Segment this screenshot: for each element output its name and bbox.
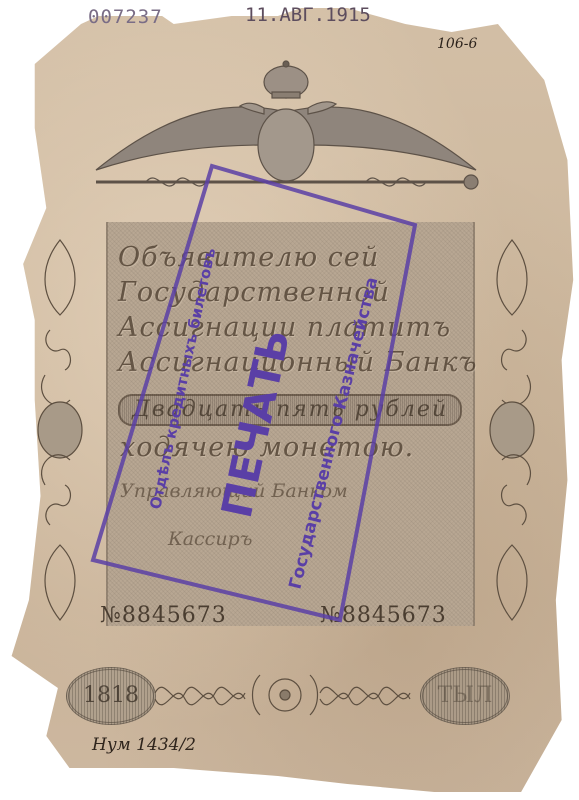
banknote: 007237 11.АВГ.1915 106-6: [0, 0, 579, 800]
text-line-6: ходячею монетою.: [120, 430, 414, 465]
bottom-flower-ornament-icon: [150, 665, 420, 725]
denomination-band: Двадцать пять рублей: [118, 394, 462, 426]
bottom-handwritten-note: Нум 1434/2: [92, 735, 196, 755]
serial-number-right: №8845673: [320, 603, 447, 628]
right-crown-ornament-icon: [482, 235, 542, 625]
signature-cashier: Кассиръ: [168, 528, 252, 550]
text-line-1: Объявителю сей: [118, 240, 470, 275]
left-crown-ornament-icon: [30, 235, 90, 625]
main-text: Объявителю сей Государственной Ассигнаци…: [110, 240, 470, 380]
double-headed-eagle-icon: [86, 50, 486, 200]
signature-director: Управляющий Банком: [120, 480, 348, 502]
text-line-2: Государственной: [118, 275, 470, 310]
serial-number-left: №8845673: [100, 603, 227, 628]
top-serial-stamp: 007237: [88, 6, 163, 28]
text-line-4: Ассигнационный Банкъ: [118, 345, 470, 380]
year-oval: 1818: [66, 667, 156, 725]
text-line-3: Ассигнации платитъ: [118, 310, 470, 345]
top-date-stamp: 11.АВГ.1915: [245, 4, 371, 26]
denomination-oval: ТЫЛ: [420, 667, 510, 725]
